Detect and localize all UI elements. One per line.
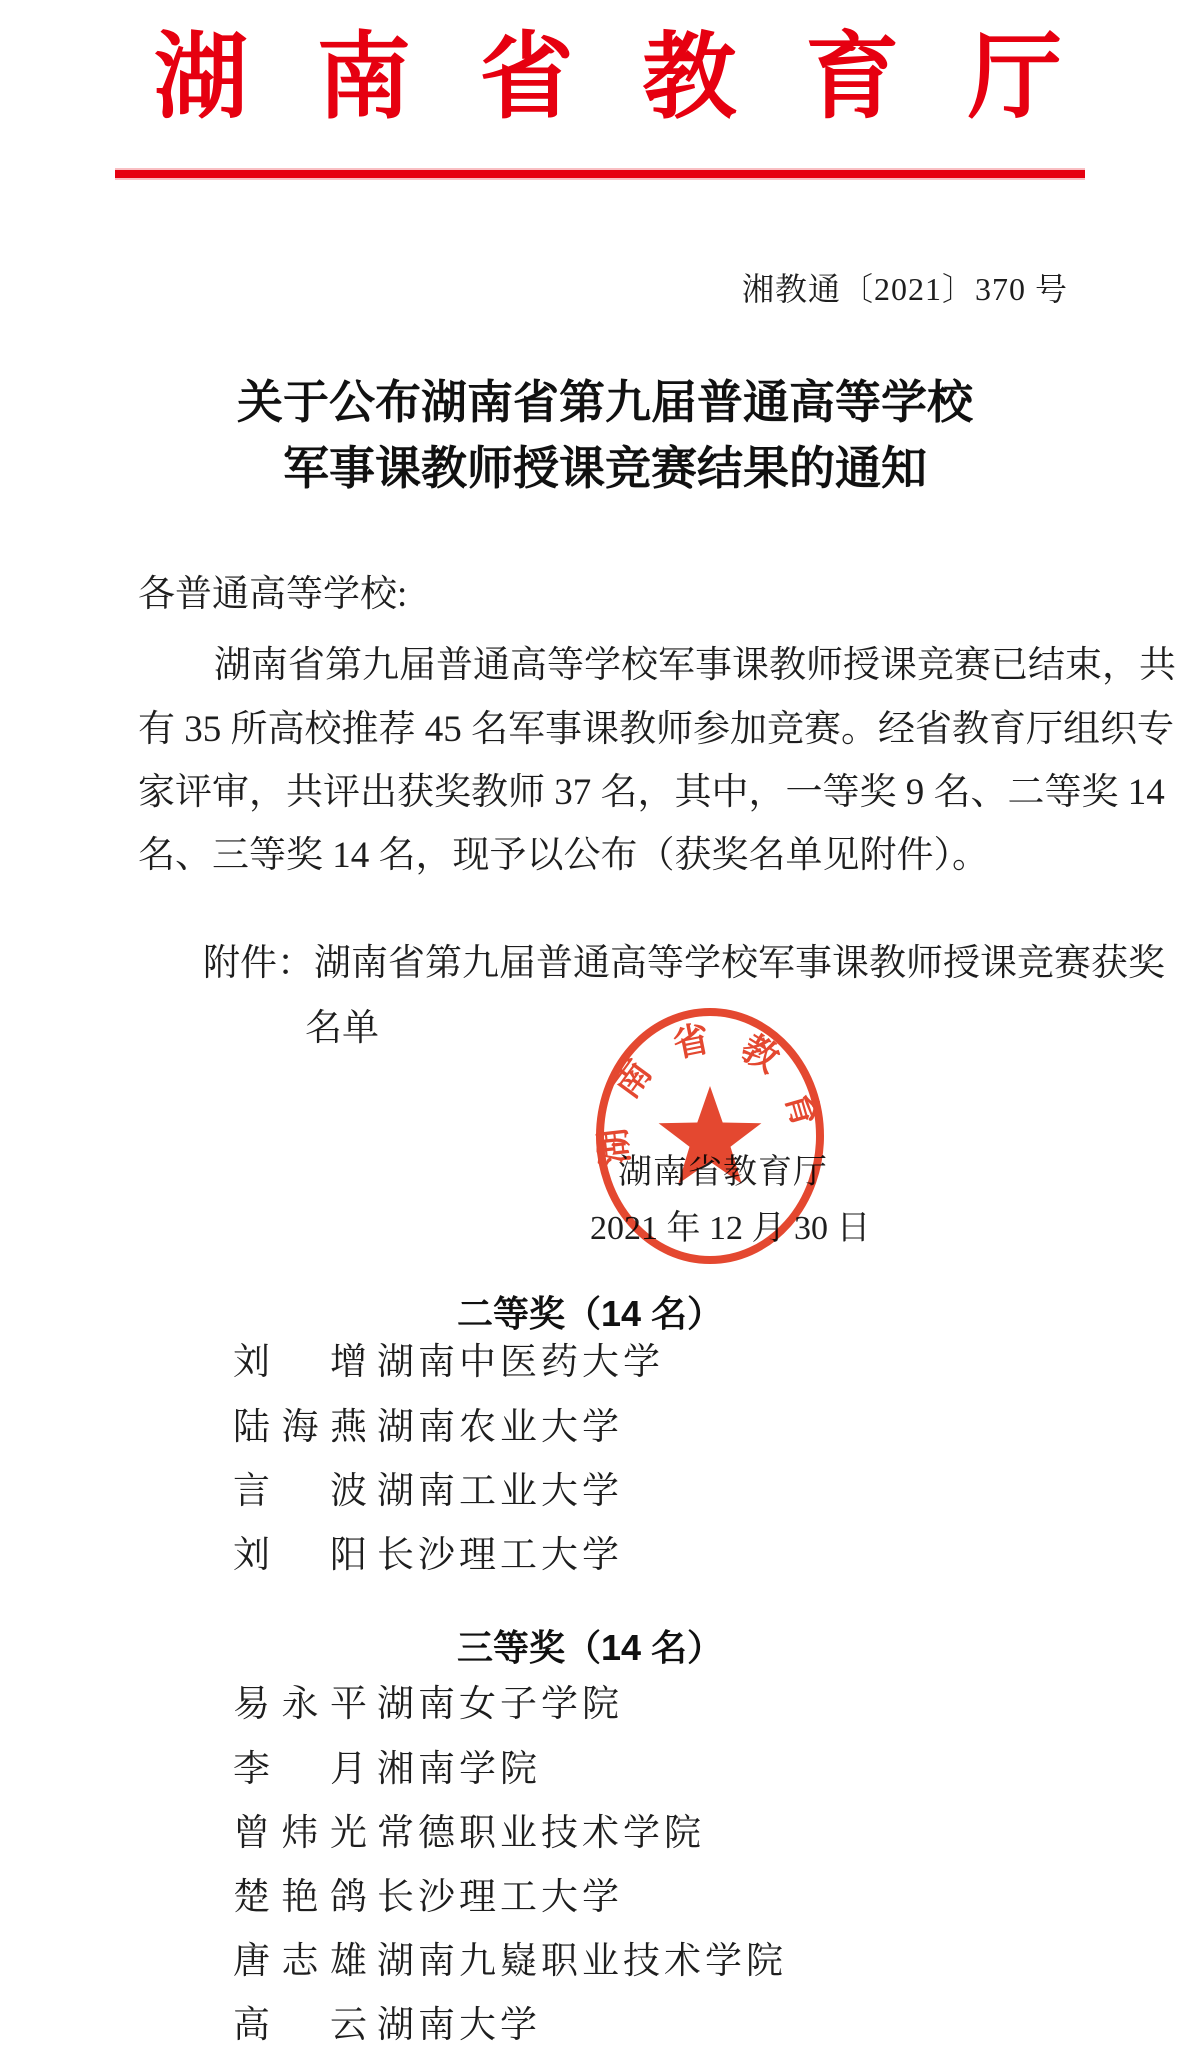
body-paragraph-line: 有 35 所高校推荐 45 名军事课教师参加竞赛。经省教育厅组织专: [138, 710, 1174, 751]
third-prize-heading: 三等奖（14 名）: [0, 1620, 1180, 1671]
agency-name-char: 厅: [968, 31, 1062, 125]
award-row: 刘 阳 长沙理工大学: [0, 1536, 1200, 1582]
winner-school: 常德职业技术学院: [377, 1814, 705, 1855]
winner-school: 湖南中医药大学: [377, 1343, 664, 1384]
winner-school: 湖南大学: [377, 2006, 541, 2047]
winner-school: 湘南学院: [377, 1750, 541, 1791]
award-row: 唐志雄 湖南九嶷职业技术学院: [0, 1942, 1200, 1988]
agency-name-char: 南: [317, 31, 411, 125]
winner-school: 湖南女子学院: [377, 1685, 623, 1726]
winner-name: 曾炜光: [233, 1814, 367, 1855]
winner-name: 李 月: [233, 1750, 367, 1791]
agency-name-char: 教: [642, 31, 736, 125]
winner-school: 湖南农业大学: [377, 1408, 623, 1449]
body-paragraph-line: 湖南省第九届普通高等学校军事课教师授课竞赛已结束，共: [214, 646, 1176, 687]
winner-school: 长沙理工大学: [377, 1878, 623, 1919]
winner-name: 刘 阳: [233, 1536, 367, 1577]
agency-name-char: 省: [480, 31, 574, 125]
second-prize-heading: 二等奖（14 名）: [0, 1286, 1180, 1337]
winner-school: 湖南工业大学: [377, 1472, 623, 1513]
notice-title-line-2: 军事课教师授课竞赛结果的通知: [0, 444, 1200, 495]
award-row: 李 月 湘南学院: [0, 1750, 1200, 1796]
winner-name: 陆海燕: [233, 1408, 367, 1449]
agency-name-char: 育: [805, 31, 899, 125]
attachment-line-2: 名单: [305, 1009, 379, 1050]
winner-name: 唐志雄: [233, 1942, 367, 1983]
winner-name: 刘 增: [233, 1343, 367, 1384]
official-seal: 湖南省教育厅: [588, 1000, 832, 1272]
winner-school: 长沙理工大学: [377, 1536, 623, 1577]
body-paragraph-line: 名、三等奖 14 名，现予以公布（获奖名单见附件）。: [138, 836, 989, 877]
seal-star-icon: [659, 1086, 762, 1184]
body-paragraph-line: 家评审，共评出获奖教师 37 名，其中，一等奖 9 名、二等奖 14: [138, 773, 1165, 814]
award-row: 陆海燕 湖南农业大学: [0, 1408, 1200, 1454]
award-row: 言 波 湖南工业大学: [0, 1472, 1200, 1518]
award-row: 楚艳鸽 长沙理工大学: [0, 1878, 1200, 1924]
winner-name: 楚艳鸽: [233, 1878, 367, 1919]
winner-name: 言 波: [233, 1472, 367, 1513]
doc-number: 湘教通〔2021〕370 号: [742, 264, 1068, 310]
award-row: 易永平 湖南女子学院: [0, 1685, 1200, 1731]
document-page: 湖 南 省 教 育 厅 湘教通〔2021〕370 号 关于公布湖南省第九届普通高…: [0, 0, 1200, 2054]
winner-school: 湖南九嶷职业技术学院: [377, 1942, 787, 1983]
attachment-line-1: 附件：湖南省第九届普通高等学校军事课教师授课竞赛获奖: [203, 944, 1165, 985]
winner-name: 高 云: [233, 2006, 367, 2047]
agency-letterhead: 湖 南 省 教 育 厅: [154, 24, 1062, 132]
agency-name-char: 湖: [154, 31, 248, 125]
award-row: 刘 增 湖南中医药大学: [0, 1343, 1200, 1389]
salutation: 各普通高等学校:: [138, 575, 407, 616]
award-row: 曾炜光 常德职业技术学院: [0, 1814, 1200, 1860]
notice-title-line-1: 关于公布湖南省第九届普通高等学校: [0, 378, 1200, 429]
letterhead-divider: [115, 170, 1085, 178]
winner-name: 易永平: [233, 1685, 367, 1726]
award-row: 高 云 湖南大学: [0, 2006, 1200, 2052]
